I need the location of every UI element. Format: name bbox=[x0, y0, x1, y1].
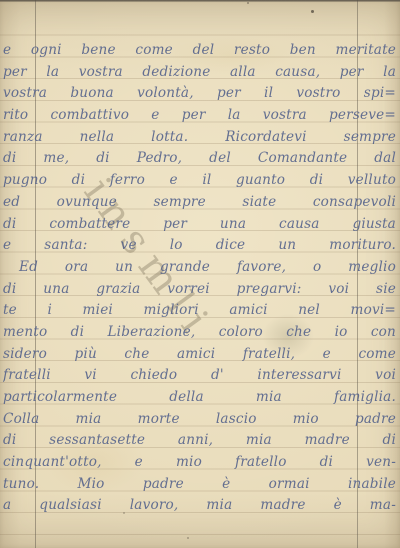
handwriting-line: vostra buona volontà, per il vostro spi= bbox=[3, 83, 396, 105]
handwriting-line: e ogni bene come del resto ben meritate bbox=[3, 40, 396, 62]
handwriting-line: rito combattivo e per la vostra perseve= bbox=[3, 105, 396, 127]
paper-top-edge bbox=[0, 0, 400, 2]
handwriting-line: di combattere per una causa giusta bbox=[3, 214, 396, 236]
handwriting-line: per la vostra dedizione alla causa, per … bbox=[3, 62, 396, 84]
handwriting-line: Colla mia morte lascio mio padre bbox=[3, 409, 396, 431]
handwriting-line: cinquant'otto, e mio fratello di ven- bbox=[3, 452, 396, 474]
handwriting-line: di sessantasette anni, mia madre di bbox=[3, 430, 396, 452]
handwriting-line: a qualsiasi lavoro, mia madre è ma- bbox=[3, 495, 396, 517]
handwriting-line: pugno di ferro e il guanto di velluto bbox=[3, 170, 396, 192]
handwriting-line: di me, di Pedro, del Comandante dal bbox=[3, 148, 396, 170]
handwriting-line: di una grazia vorrei pregarvi: voi sie bbox=[3, 279, 396, 301]
handwriting-line: particolarmente della mia famiglia. bbox=[3, 387, 396, 409]
handwriting-line: ranza nella lotta. Ricordatevi sempre bbox=[3, 127, 396, 149]
letter-page: insmli e ogni bene come del resto ben me… bbox=[0, 0, 400, 548]
handwriting-line: e santa: ve lo dice un morituro. bbox=[3, 235, 396, 257]
handwriting-line: ed ovunque sempre siate consapevoli bbox=[3, 192, 396, 214]
handwriting-line: fratelli vi chiedo d' interessarvi voi bbox=[3, 365, 396, 387]
handwriting-line: Ed ora un grande favore, o meglio bbox=[3, 257, 396, 279]
handwriting-line: tuno. Mio padre è ormai inabile bbox=[3, 474, 396, 496]
handwriting-line: sidero più che amici fratelli, e come bbox=[3, 344, 396, 366]
handwriting-line: te i miei migliori amici nel movi= bbox=[3, 300, 396, 322]
handwriting-line: mento di Liberazione, coloro che io con bbox=[3, 322, 396, 344]
paper-speck bbox=[311, 10, 314, 13]
paper-speck bbox=[247, 2, 249, 4]
letter-body: e ogni bene come del resto ben meritatep… bbox=[0, 40, 400, 517]
